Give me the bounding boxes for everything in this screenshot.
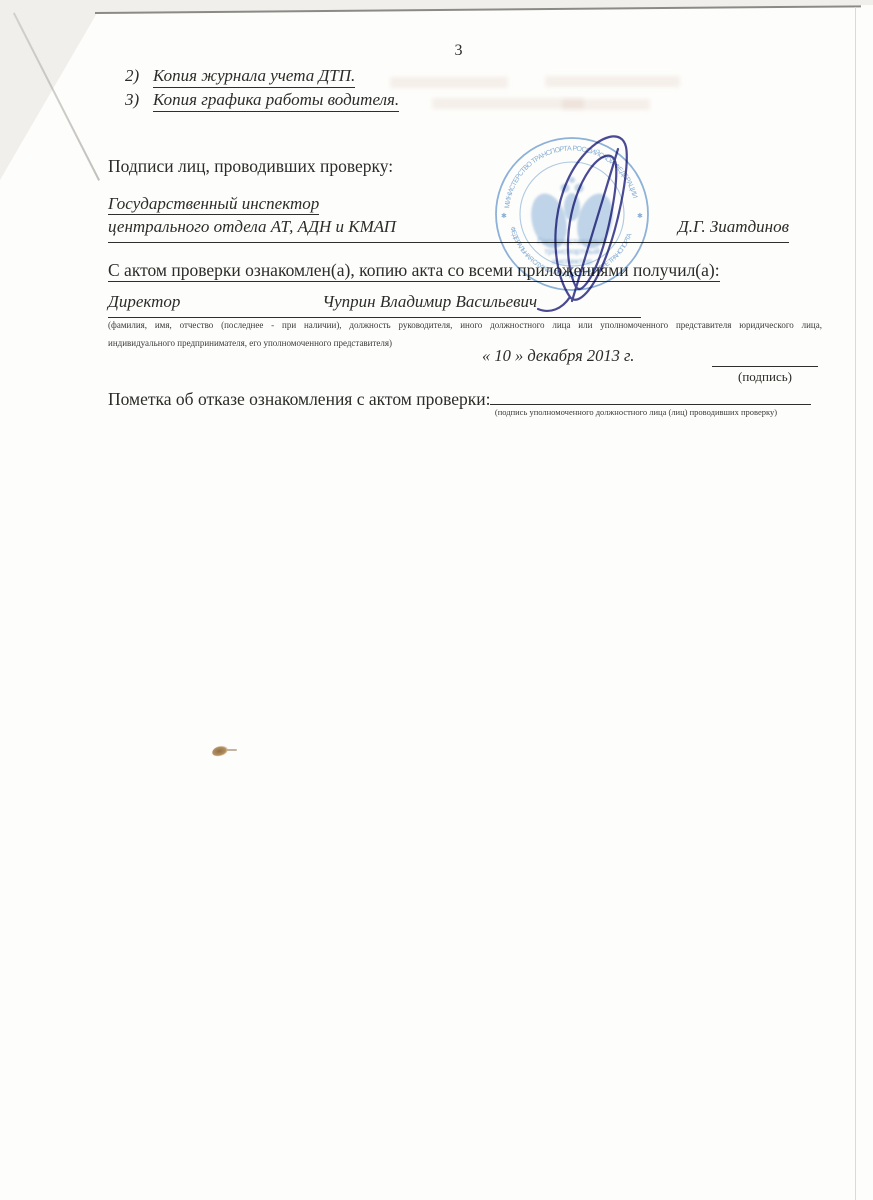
list-item: 2) Копия журнала учета ДТП. — [125, 64, 399, 88]
attachments-list: 2) Копия журнала учета ДТП. 3) Копия гра… — [125, 64, 399, 112]
refusal-caption: (подпись уполномоченного должностного ли… — [458, 407, 814, 417]
signature-svg — [500, 115, 680, 325]
scan-speck-tail — [227, 749, 237, 751]
handwritten-signature — [500, 115, 680, 325]
bleed-through-smudge — [562, 99, 650, 110]
inspector-signature-row: центрального отдела АТ, АДН и КМАП Д.Г. … — [108, 217, 789, 243]
list-item-number: 2) — [125, 64, 153, 88]
bleed-through-smudge — [545, 76, 680, 87]
inspector-title-line2: центрального отдела АТ, АДН и КМАП — [108, 217, 396, 237]
director-title: Директор — [108, 292, 180, 312]
signatures-heading: Подписи лиц, проводивших проверку: — [108, 156, 393, 177]
footnote-line1: (фамилия, имя, отчество (последнее - при… — [108, 320, 822, 330]
list-item-number: 3) — [125, 88, 153, 112]
scan-speck — [211, 744, 229, 757]
bleed-through-smudge — [390, 77, 508, 88]
page-number: 3 — [22, 42, 873, 60]
list-item: 3) Копия графика работы водителя. — [125, 88, 399, 112]
refusal-text: Пометка об отказе ознакомления с актом п… — [108, 389, 490, 410]
document-content: 3 2) Копия журнала учета ДТП. 3) Копия г… — [0, 0, 873, 1200]
list-item-text: Копия журнала учета ДТП. — [153, 64, 355, 88]
inspector-title-line1-text: Государственный инспектор — [108, 194, 319, 215]
list-item-text: Копия графика работы водителя. — [153, 88, 399, 112]
inspector-name: Д.Г. Зиатдинов — [678, 217, 789, 237]
inspector-title-line1: Государственный инспектор — [108, 194, 319, 214]
refusal-blank-line — [490, 384, 811, 405]
date-line: « 10 » декабря 2013 г. — [482, 346, 634, 366]
signature-caption: (подпись) — [708, 369, 822, 385]
signature-blank-line — [712, 347, 818, 367]
